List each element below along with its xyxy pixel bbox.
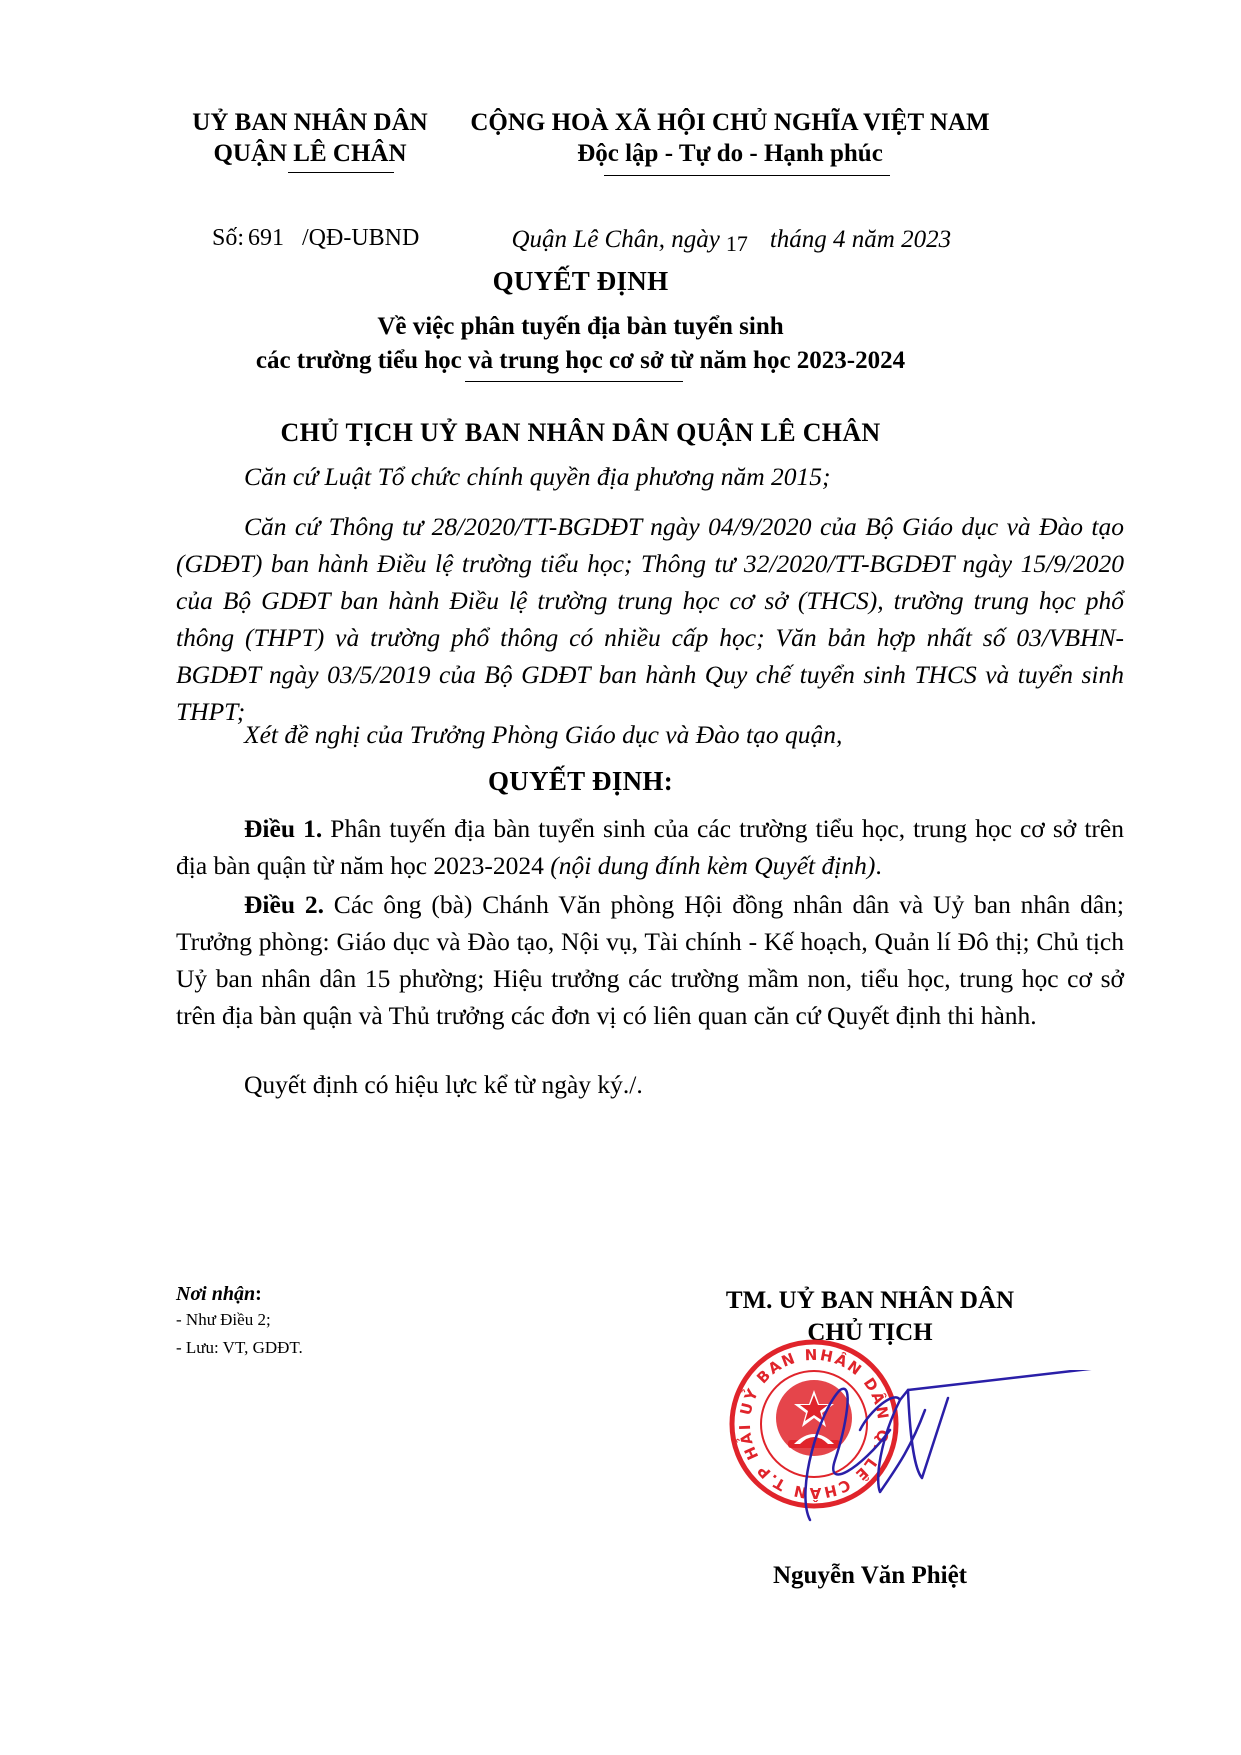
issuing-authority: UỶ BAN NHÂN DÂN QUẬN LÊ CHÂN bbox=[160, 107, 460, 169]
legal-basis-1: Căn cứ Luật Tổ chức chính quyền địa phươ… bbox=[176, 458, 1124, 495]
legal-basis-2: Căn cứ Thông tư 28/2020/TT-BGDĐT ngày 04… bbox=[176, 508, 1124, 730]
date-prefix: Quận Lê Chân, ngày bbox=[512, 226, 720, 253]
decision-heading: QUYẾT ĐỊNH: bbox=[0, 766, 1161, 797]
motto-underline bbox=[604, 175, 890, 176]
national-motto: Độc lập - Tự do - Hạnh phúc bbox=[470, 138, 990, 169]
effective-clause: Quyết định có hiệu lực kể từ ngày ký./. bbox=[176, 1066, 1124, 1103]
date-suffix: tháng 4 năm 2023 bbox=[770, 226, 951, 253]
article-1: Điều 1. Phân tuyến địa bàn tuyển sinh củ… bbox=[176, 810, 1124, 884]
national-title: CỘNG HOÀ XÃ HỘI CHỦ NGHĨA VIỆT NAM Độc l… bbox=[470, 107, 990, 169]
article-1-end: . bbox=[875, 851, 881, 880]
number-value: 691 bbox=[248, 225, 284, 251]
authority-line2: QUẬN LÊ CHÂN bbox=[160, 138, 460, 169]
number-prefix: Số: bbox=[212, 225, 244, 251]
handwritten-signature-icon bbox=[800, 1370, 1100, 1530]
subject-line1: Về việc phân tuyến địa bàn tuyển sinh bbox=[0, 310, 1161, 344]
on-behalf-label: TM. UỶ BAN NHÂN DÂN bbox=[680, 1285, 1060, 1317]
authority-line1: UỶ BAN NHÂN DÂN bbox=[160, 107, 460, 138]
article-2-label: Điều 2. bbox=[244, 890, 324, 919]
recipients: Nơi nhận: - Như Điều 2; - Lưu: VT, GDĐT. bbox=[176, 1283, 303, 1362]
number-suffix: /QĐ-UBND bbox=[302, 225, 419, 251]
article-1-note: (nội dung đính kèm Quyết định) bbox=[550, 851, 875, 880]
proposal-basis: Xét đề nghị của Trưởng Phòng Giáo dục và… bbox=[176, 716, 1124, 753]
authority-underline bbox=[288, 172, 394, 173]
document-title: QUYẾT ĐỊNH bbox=[0, 266, 1161, 297]
recipient-item: - Lưu: VT, GDĐT. bbox=[176, 1334, 303, 1362]
signing-authority: CHỦ TỊCH UỶ BAN NHÂN DÂN QUẬN LÊ CHÂN bbox=[0, 418, 1161, 448]
national-line1: CỘNG HOÀ XÃ HỘI CHỦ NGHĨA VIỆT NAM bbox=[470, 107, 990, 138]
date-day: 17 bbox=[726, 231, 748, 256]
subject-line2: các trường tiểu học và trung học cơ sở t… bbox=[0, 344, 1161, 378]
article-1-label: Điều 1. bbox=[244, 814, 322, 843]
recipients-label: Nơi nhận: bbox=[176, 1283, 303, 1306]
subject-underline bbox=[465, 381, 683, 382]
signer-name: Nguyễn Văn Phiệt bbox=[680, 1562, 1060, 1590]
document-subject: Về việc phân tuyến địa bàn tuyển sinh cá… bbox=[0, 310, 1161, 378]
document-number: Số:691/QĐ-UBND bbox=[200, 198, 419, 252]
document-date: Quận Lê Chân, ngày17tháng 4 năm 2023 bbox=[499, 198, 951, 254]
recipient-item: - Như Điều 2; bbox=[176, 1306, 303, 1334]
article-2: Điều 2. Các ông (bà) Chánh Văn phòng Hội… bbox=[176, 886, 1124, 1034]
